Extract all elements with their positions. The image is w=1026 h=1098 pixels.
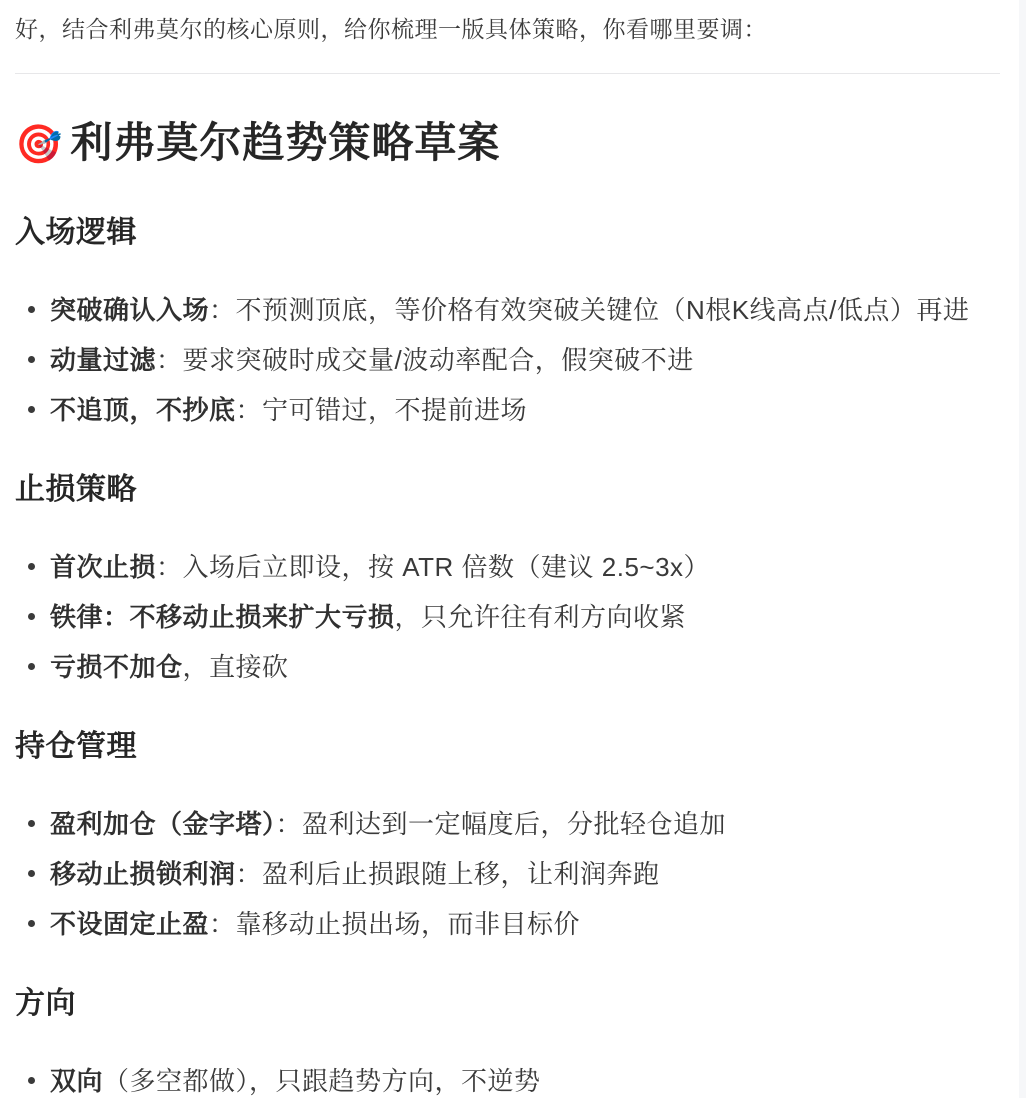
bullet-text: ：要求突破时成交量/波动率配合，假突破不进: [156, 345, 694, 375]
bullet-item: 不设固定止盈：靠移动止损出场，而非目标价: [50, 907, 1002, 941]
bullet-text: ：不预测顶底，等价格有效突破关键位（N根K线高点/低点）再进: [209, 295, 969, 325]
bullet-term: 不追顶，不抄底: [50, 395, 236, 425]
heading-position-management: 持仓管理: [15, 728, 1002, 766]
heading-direction: 方向: [15, 985, 1002, 1023]
bullet-term: 双向: [50, 1066, 103, 1096]
bullet-term: 亏损不加仓: [50, 652, 183, 682]
intro-paragraph: 好，结合利弗莫尔的核心原则，给你梳理一版具体策略，你看哪里要调：: [15, 14, 1002, 44]
bullet-dot-icon: [28, 356, 35, 363]
bullet-dot-icon: [28, 820, 35, 827]
position-management-list: 盈利加仓（金字塔）：盈利达到一定幅度后，分批轻仓追加 移动止损锁利润：盈利后止损…: [15, 807, 1002, 941]
bullet-item: 双向（多空都做），只跟趋势方向，不逆势: [50, 1064, 1002, 1098]
bullet-dot-icon: [28, 663, 35, 670]
message-divider: [15, 73, 1000, 74]
bullet-text: （多空都做），只跟趋势方向，不逆势: [103, 1066, 541, 1096]
bullet-term: 铁律：不移动止损来扩大亏损: [50, 602, 395, 632]
bullet-text: ，直接砍: [183, 652, 289, 682]
bullet-text: ：靠移动止损出场，而非目标价: [209, 909, 580, 939]
bullet-term: 首次止损: [50, 552, 156, 582]
bullet-text: ：宁可错过，不提前进场: [236, 395, 528, 425]
bullet-text: ：入场后立即设，按 ATR 倍数（建议 2.5~3x）: [156, 552, 710, 582]
stop-loss-list: 首次止损：入场后立即设，按 ATR 倍数（建议 2.5~3x） 铁律：不移动止损…: [15, 550, 1002, 684]
bullet-term: 盈利加仓（金字塔）: [50, 809, 276, 839]
bullet-item: 盈利加仓（金字塔）：盈利达到一定幅度后，分批轻仓追加: [50, 807, 1002, 841]
bullet-dot-icon: [28, 1077, 35, 1084]
bullet-dot-icon: [28, 306, 35, 313]
bullet-item: 铁律：不移动止损来扩大亏损，只允许往有利方向收紧: [50, 600, 1002, 634]
bullet-item: 首次止损：入场后立即设，按 ATR 倍数（建议 2.5~3x）: [50, 550, 1002, 584]
bullet-item: 动量过滤：要求突破时成交量/波动率配合，假突破不进: [50, 343, 1002, 377]
bullet-dot-icon: [28, 406, 35, 413]
bullet-item: 移动止损锁利润：盈利后止损跟随上移，让利润奔跑: [50, 857, 1002, 891]
bullet-term: 不设固定止盈: [50, 909, 209, 939]
bullet-item: 突破确认入场：不预测顶底，等价格有效突破关键位（N根K线高点/低点）再进: [50, 293, 1002, 327]
bullet-text: ：盈利达到一定幅度后，分批轻仓追加: [276, 809, 727, 839]
bullet-text: ，只允许往有利方向收紧: [395, 602, 687, 632]
heading-entry-logic: 入场逻辑: [15, 214, 1002, 252]
doc-title-text: 利弗莫尔趋势策略草案: [70, 119, 500, 166]
bullet-term: 突破确认入场: [50, 295, 209, 325]
target-emoji-icon: 🎯: [15, 124, 62, 166]
bullet-dot-icon: [28, 563, 35, 570]
bullet-term: 移动止损锁利润: [50, 859, 236, 889]
page-background-edge: [1019, 0, 1026, 1098]
direction-list: 双向（多空都做），只跟趋势方向，不逆势: [15, 1064, 1002, 1098]
bullet-dot-icon: [28, 870, 35, 877]
heading-stop-loss: 止损策略: [15, 471, 1002, 509]
assistant-message: 好，结合利弗莫尔的核心原则，给你梳理一版具体策略，你看哪里要调： 🎯利弗莫尔趋势…: [0, 0, 1026, 1098]
doc-title: 🎯利弗莫尔趋势策略草案: [15, 118, 1002, 170]
bullet-term: 动量过滤: [50, 345, 156, 375]
bullet-item: 不追顶，不抄底：宁可错过，不提前进场: [50, 393, 1002, 427]
bullet-dot-icon: [28, 613, 35, 620]
bullet-dot-icon: [28, 920, 35, 927]
bullet-text: ：盈利后止损跟随上移，让利润奔跑: [236, 859, 660, 889]
entry-logic-list: 突破确认入场：不预测顶底，等价格有效突破关键位（N根K线高点/低点）再进 动量过…: [15, 293, 1002, 427]
bullet-item: 亏损不加仓，直接砍: [50, 650, 1002, 684]
